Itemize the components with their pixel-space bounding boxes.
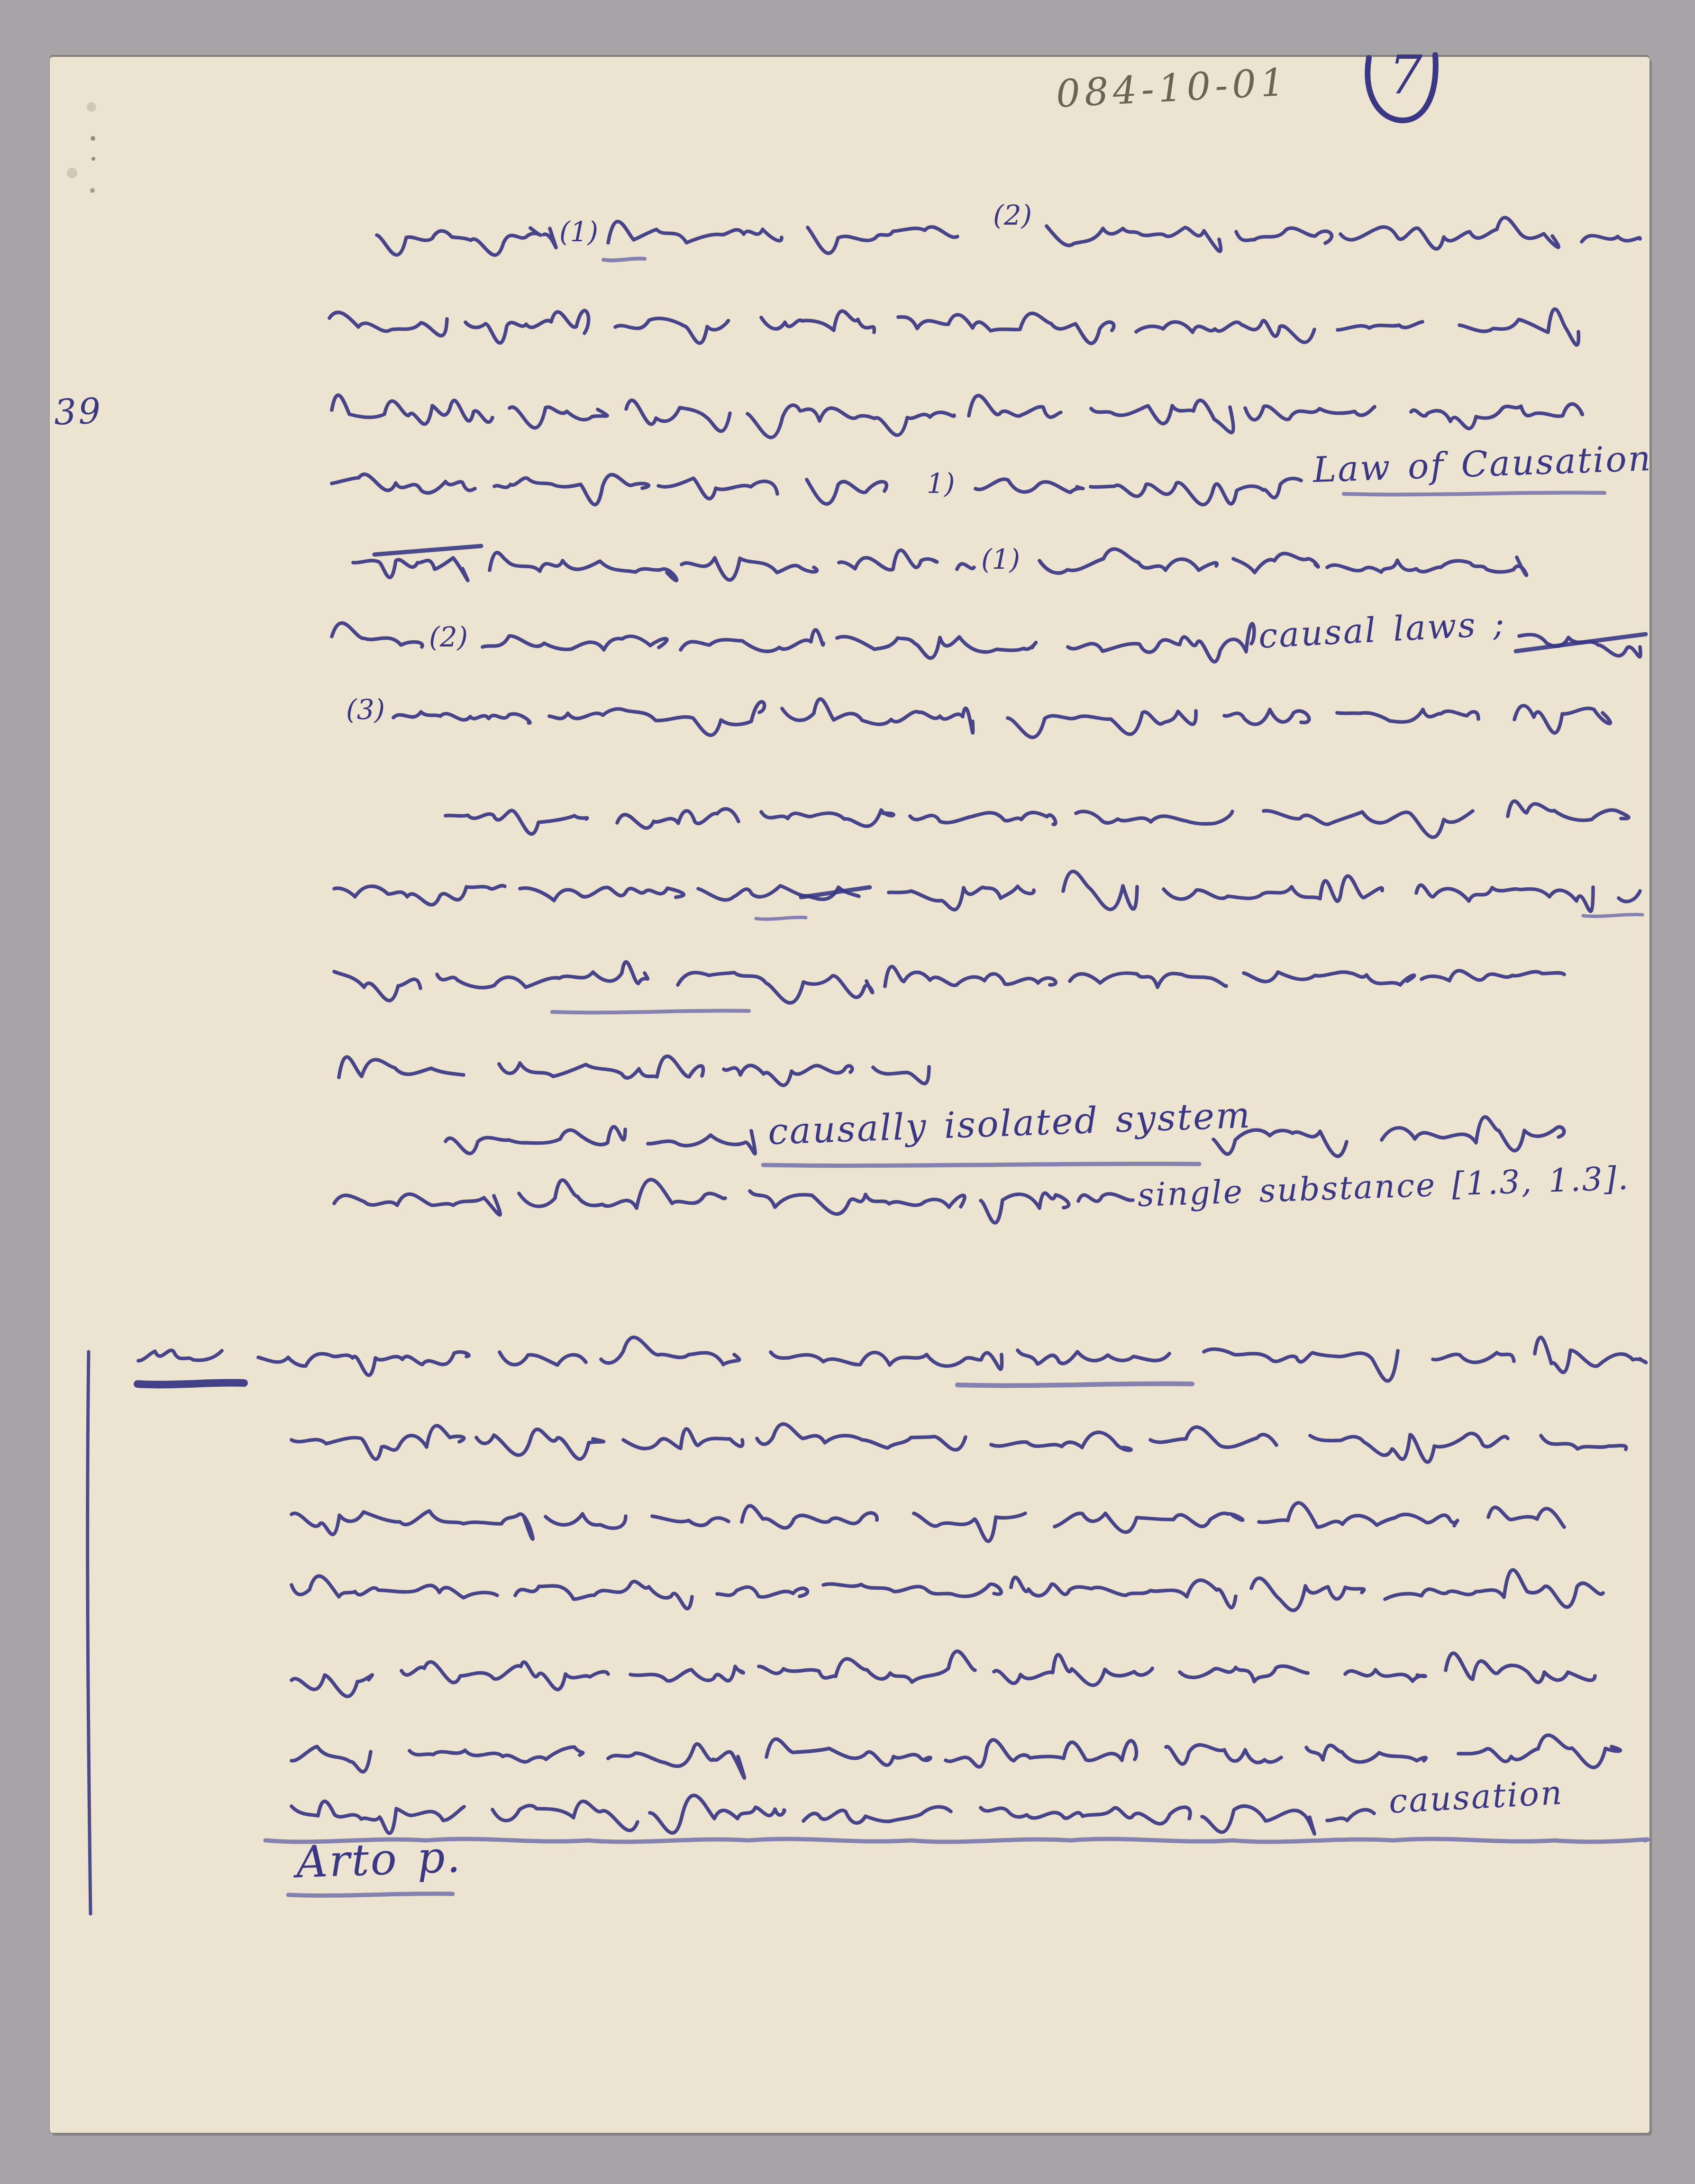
legible-word: Arto p. bbox=[295, 1831, 463, 1888]
enumeration-mark: (1) bbox=[559, 216, 598, 248]
page-number: 7 bbox=[1389, 45, 1422, 106]
enumeration-mark: (2) bbox=[993, 199, 1032, 231]
paper-speck bbox=[90, 188, 95, 193]
enumeration-mark: 1) bbox=[927, 467, 955, 500]
margin-page-number: 39 bbox=[54, 391, 103, 433]
manuscript-page bbox=[50, 57, 1649, 2133]
paper-speck bbox=[91, 136, 95, 141]
enumeration-mark: (3) bbox=[346, 693, 385, 726]
scanned-document: { "page": { "background_color": "#a7a4a8… bbox=[0, 0, 1695, 2184]
enumeration-mark: (1) bbox=[981, 543, 1020, 575]
paper-speck bbox=[67, 168, 77, 178]
paper-speck bbox=[91, 157, 95, 161]
paper-speck bbox=[87, 102, 96, 112]
enumeration-mark: (2) bbox=[429, 621, 468, 653]
page-number-circle: 7 bbox=[1361, 51, 1442, 127]
